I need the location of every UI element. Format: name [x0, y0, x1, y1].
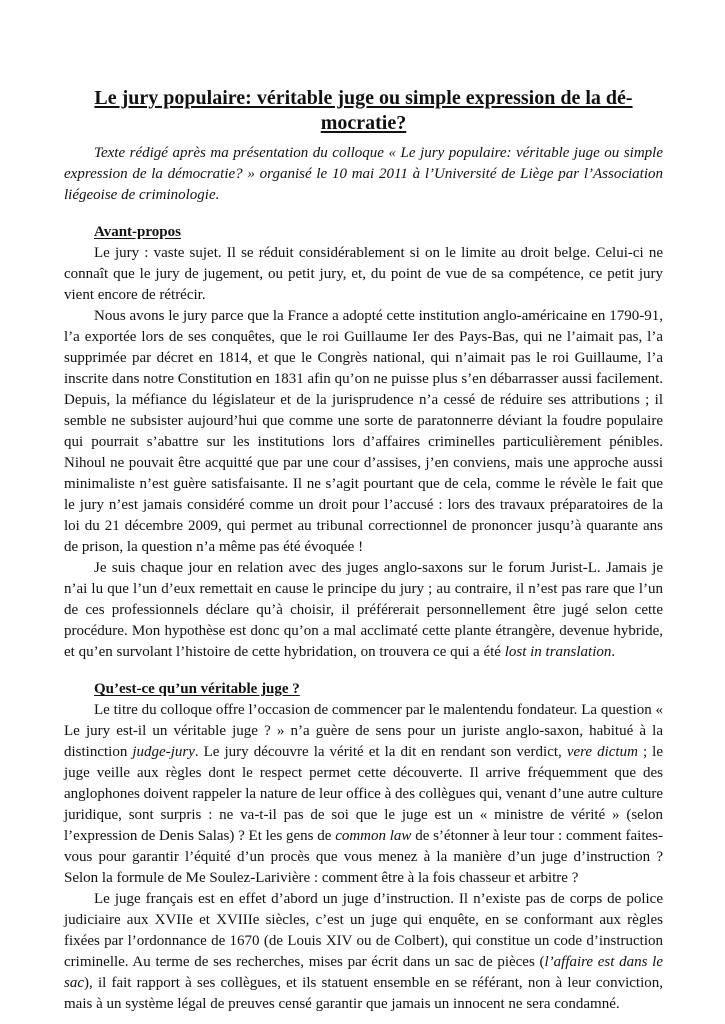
- section-heading: Avant-propos: [94, 222, 663, 243]
- title-line-1: Le jury populaire: véritable juge ou sim…: [94, 87, 632, 109]
- text-run: Le jury : vaste sujet. Il se réduit cons…: [64, 245, 663, 303]
- document-page: Le jury populaire: véritable juge ou sim…: [0, 0, 725, 1024]
- text-run: . Le jury découvre la vérité et la dit e…: [195, 744, 567, 760]
- document-title: Le jury populaire: véritable juge ou sim…: [64, 86, 663, 136]
- paragraph: Le juge français est en effet d’abord un…: [64, 889, 663, 1015]
- paragraph: Nous avons le jury parce que la France a…: [64, 306, 663, 558]
- section: Avant-proposLe jury : vaste sujet. Il se…: [64, 222, 663, 663]
- document-body: Avant-proposLe jury : vaste sujet. Il se…: [64, 222, 663, 1015]
- emphasis-run: judge-jury: [132, 744, 194, 760]
- paragraph: Le jury : vaste sujet. Il se réduit cons…: [64, 243, 663, 306]
- emphasis-run: lost in translation: [505, 644, 612, 660]
- text-run: .: [611, 644, 615, 660]
- paragraph: Je suis chaque jour en relation avec des…: [64, 558, 663, 663]
- abstract-paragraph: Texte rédigé après ma présentation du co…: [64, 143, 663, 206]
- text-run: Nous avons le jury parce que la France a…: [64, 308, 663, 555]
- emphasis-run: vere dictum: [567, 744, 638, 760]
- paragraph: Le titre du colloque offre l’occasion de…: [64, 700, 663, 889]
- emphasis-run: common law: [335, 828, 411, 844]
- text-run: ), il fait rapport à ses collègues, et i…: [64, 975, 663, 1012]
- section-heading: Qu’est-ce qu’un véritable juge ?: [94, 679, 663, 700]
- title-line-2: mocratie?: [321, 112, 407, 134]
- section: Qu’est-ce qu’un véritable juge ?Le titre…: [64, 679, 663, 1015]
